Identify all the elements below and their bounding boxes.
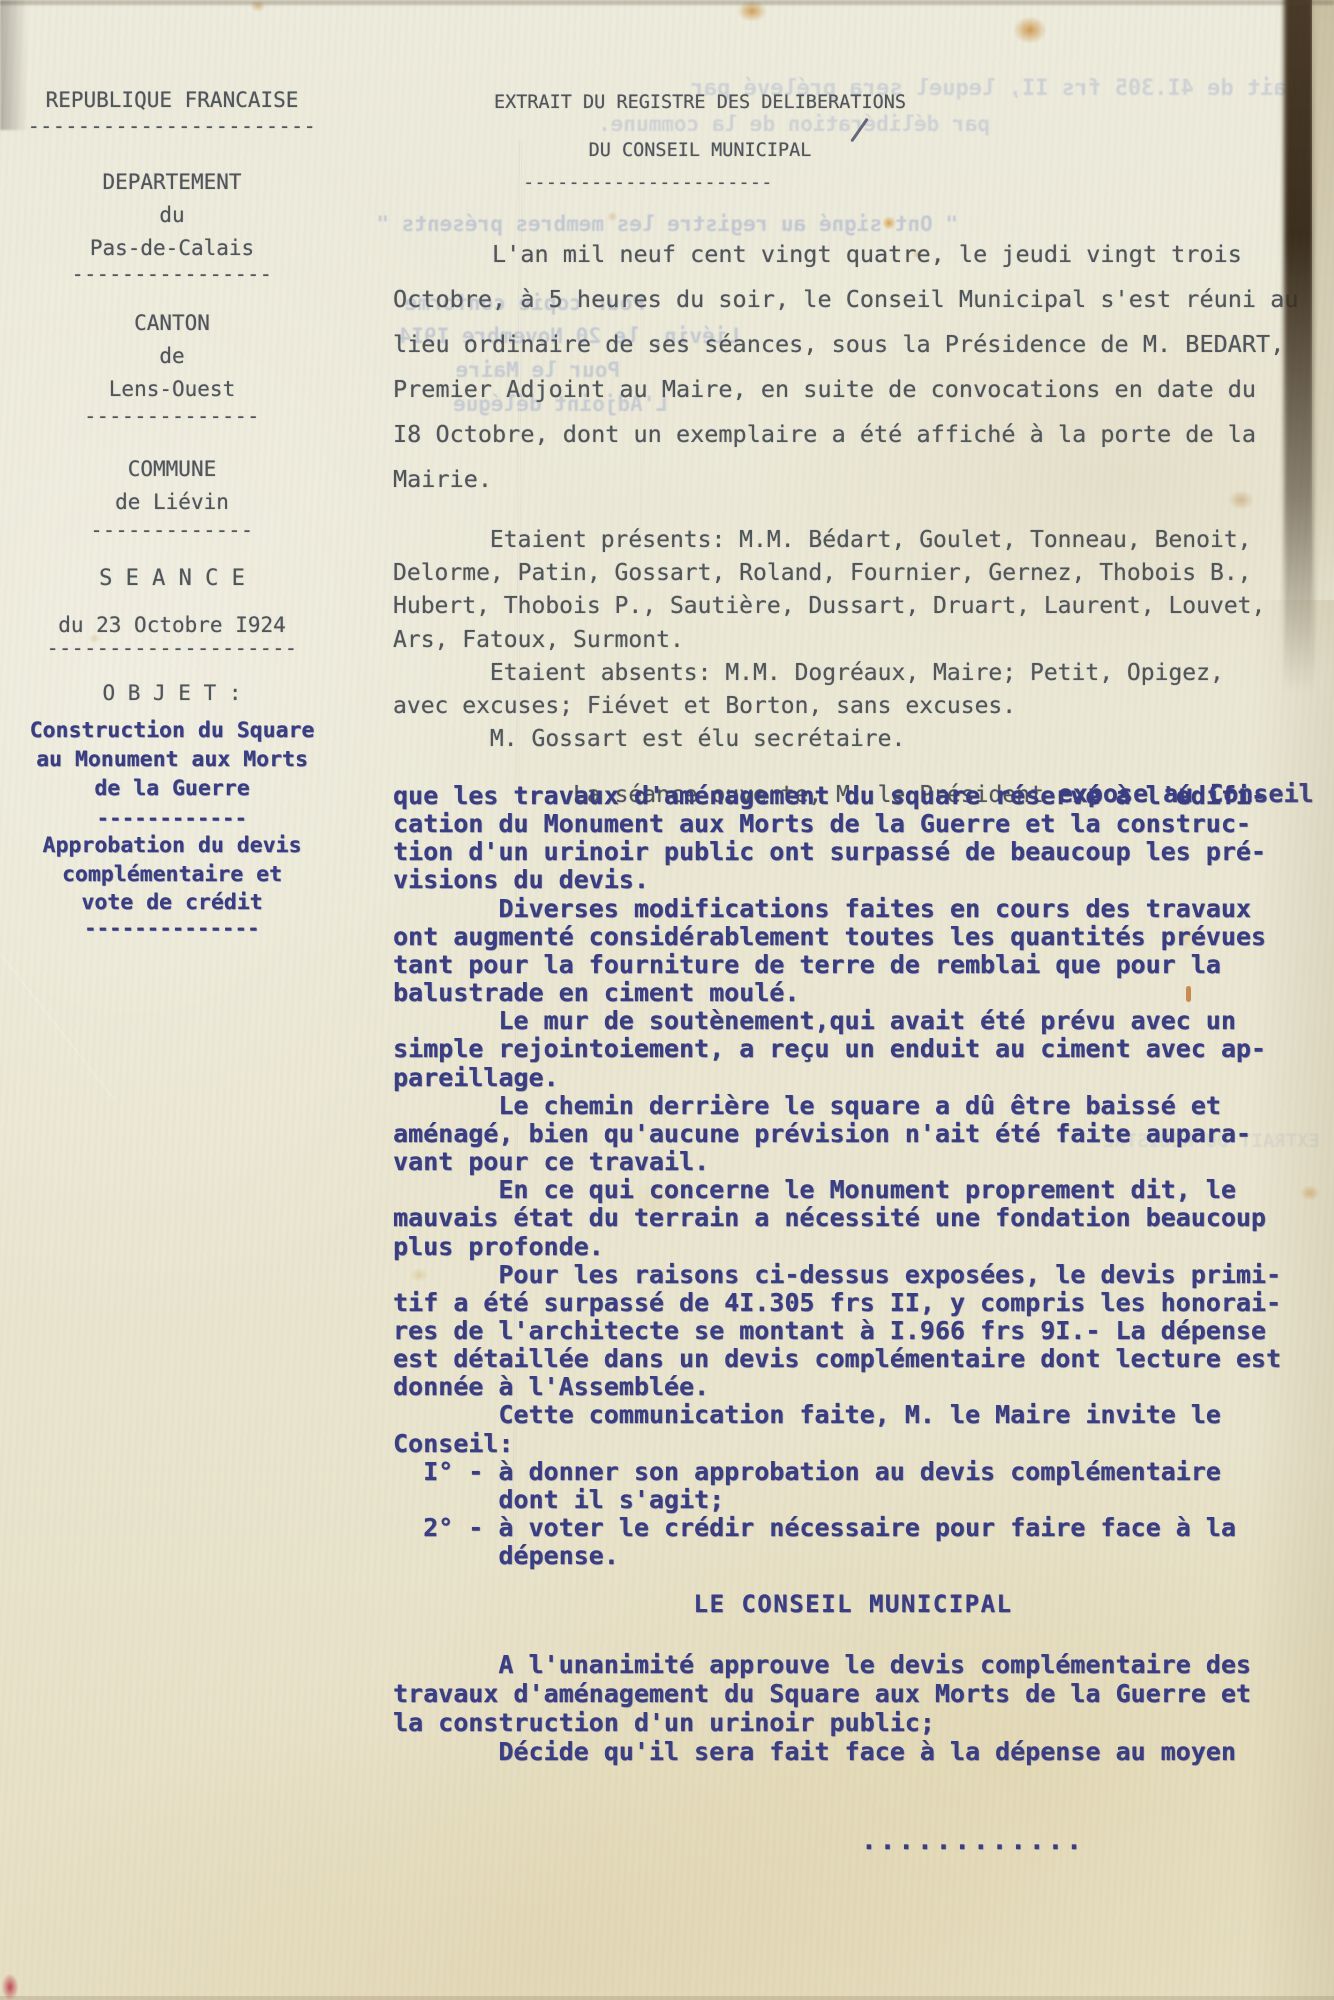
body-line: travaux d'aménagement du Square aux Mort… — [393, 1679, 1330, 1708]
body-line: balustrade en ciment moulé. — [393, 979, 1330, 1007]
body-line: que les travaux d'aménagement du square … — [393, 782, 1330, 810]
canton-block: CANTON de Lens-Ouest — [22, 307, 322, 406]
body-line: est détaillée dans un devis complémentai… — [393, 1345, 1330, 1373]
ellipsis-dots: ............ — [861, 1826, 1085, 1856]
body-line: M. Gossart est élu secrétaire. — [393, 723, 1323, 756]
subject-line: vote de crédit — [22, 889, 322, 918]
department-line: Pas-de-Calais — [22, 232, 322, 265]
photo-edge-right-dark — [1284, 0, 1314, 692]
commune-line: COMMUNE — [22, 453, 322, 486]
objet-subject-title: Construction du Square au Monument aux M… — [22, 716, 322, 803]
photo-edge-right-shade — [1250, 600, 1334, 2000]
body-line: L'an mil neuf cent vingt quatre, le jeud… — [393, 232, 1323, 277]
divider: -------------------- — [22, 636, 322, 660]
body-line: I° - à donner son approbation au devis c… — [393, 1458, 1330, 1486]
body-line: res de l'architecte se montant à I.966 f… — [393, 1317, 1330, 1345]
body-line: Hubert, Thobois P., Sautière, Dussart, D… — [393, 590, 1323, 623]
subject-line: complémentaire et — [22, 861, 322, 890]
body-line: 2° - à voter le crédir nécessaire pour f… — [393, 1514, 1330, 1542]
photo-edge-right-sliver — [1312, 0, 1334, 680]
body-line: Mairie. — [393, 457, 1323, 502]
body-line: la construction d'un urinoir public; — [393, 1708, 1330, 1737]
commune-line: de Liévin — [22, 486, 322, 519]
body-line: pareillage. — [393, 1064, 1330, 1092]
subject-line: Approbation du devis — [22, 832, 322, 861]
body-line: aménagé, bien qu'aucune prévision n'ait … — [393, 1120, 1330, 1148]
body-line: Premier Adjoint au Maire, en suite de co… — [393, 367, 1323, 412]
attendance-paragraph: Etaient présents: M.M. Bédart, Goulet, T… — [393, 524, 1323, 756]
department-line: du — [22, 199, 322, 232]
body-line: Décide qu'il sera fait face à la dépense… — [393, 1737, 1330, 1766]
body-line: mauvais état du terrain a nécessité une … — [393, 1204, 1330, 1232]
department-line: DEPARTEMENT — [22, 166, 322, 199]
opening-paragraph: L'an mil neuf cent vingt quatre, le jeud… — [393, 232, 1323, 502]
body-line: vant pour ce travail. — [393, 1148, 1330, 1176]
body-line: visions du devis. — [393, 866, 1330, 894]
body-line: dépense. — [393, 1542, 1330, 1570]
body-line: Octobre, à 5 heures du soir, le Conseil … — [393, 277, 1323, 322]
subject-line: de la Guerre — [22, 774, 322, 803]
left-column: REPUBLIQUE FRANCAISE -------------------… — [22, 0, 322, 960]
body-line: Pour les raisons ci-dessus exposées, le … — [393, 1261, 1330, 1289]
divider: ------------ — [22, 806, 322, 830]
department-block: DEPARTEMENT du Pas-de-Calais — [22, 166, 322, 265]
divider: -------------- — [22, 404, 322, 428]
deliberation-paragraph: que les travaux d'aménagement du square … — [393, 782, 1330, 1570]
body-line: tion d'un urinoir public ont surpassé de… — [393, 838, 1330, 866]
session-heading: S E A N C E — [22, 566, 322, 591]
body-line: En ce qui concerne le Monument propremen… — [393, 1176, 1330, 1204]
body-line: A l'unanimité approuve le devis compléme… — [393, 1650, 1330, 1679]
council-heading: LE CONSEIL MUNICIPAL — [393, 1590, 1313, 1618]
body-line: Le chemin derrière le square a dû être b… — [393, 1092, 1330, 1120]
commune-block: COMMUNE de Liévin — [22, 453, 322, 519]
body-line: ont augmenté considérablement toutes les… — [393, 923, 1330, 951]
divider: ----------------------- — [22, 114, 322, 138]
paper-crease — [0, 950, 115, 1101]
canton-line: Lens-Ouest — [22, 373, 322, 406]
red-corner-mark — [2, 1974, 18, 2000]
objet-approval-title: Approbation du devis complémentaire et v… — [22, 832, 322, 918]
body-line: Etaient absents: M.M. Dogréaux, Maire; P… — [393, 657, 1323, 690]
body-line: Etaient présents: M.M. Bédart, Goulet, T… — [393, 524, 1323, 557]
photo-edge-top — [0, 0, 1334, 5]
body-line: simple rejointoiement, a reçu un enduit … — [393, 1035, 1330, 1063]
body-line: dont il s'agit; — [393, 1486, 1330, 1514]
body-line: avec excuses; Fiévet et Borton, sans exc… — [393, 690, 1323, 723]
document-body: L'an mil neuf cent vingt quatre, le jeud… — [393, 0, 1323, 1900]
objet-label: O B J E T : — [22, 681, 322, 705]
body-line: Delorme, Patin, Gossart, Roland, Fournie… — [393, 557, 1323, 590]
divider: ---------------- — [22, 262, 322, 286]
body-line: Diverses modifications faites en cours d… — [393, 895, 1330, 923]
body-line: plus profonde. — [393, 1233, 1330, 1261]
republic-heading: REPUBLIQUE FRANCAISE — [22, 88, 322, 112]
body-line: Le mur de soutènement,qui avait été prév… — [393, 1007, 1330, 1035]
divider: ------------- — [22, 518, 322, 542]
body-line: donnée à l'Assemblée. — [393, 1373, 1330, 1401]
body-line: tif a été surpassé de 4I.305 frs II, y c… — [393, 1289, 1330, 1317]
body-line: Cette communication faite, M. le Maire i… — [393, 1401, 1330, 1429]
subject-line: au Monument aux Morts — [22, 745, 322, 774]
photo-edge-bottom — [0, 1996, 1334, 2000]
body-line: I8 Octobre, dont un exemplaire a été aff… — [393, 412, 1323, 457]
body-line: Conseil: — [393, 1430, 1330, 1458]
body-line: cation du Monument aux Morts de la Guerr… — [393, 810, 1330, 838]
body-line: tant pour la fourniture de terre de remb… — [393, 951, 1330, 979]
document-page: rait de 4I.305 frs II, lequel sera préle… — [0, 0, 1334, 2000]
photo-edge-top-left-streak — [0, 0, 28, 130]
body-line: Ars, Fatoux, Surmont. — [393, 624, 1323, 657]
canton-line: CANTON — [22, 307, 322, 340]
body-line: lieu ordinaire de ses séances, sous la P… — [393, 322, 1323, 367]
divider: -------------- — [22, 916, 322, 940]
resolution-paragraph: A l'unanimité approuve le devis compléme… — [393, 1650, 1330, 1766]
subject-line: Construction du Square — [22, 716, 322, 745]
canton-line: de — [22, 340, 322, 373]
session-date: du 23 Octobre I924 — [22, 613, 322, 637]
